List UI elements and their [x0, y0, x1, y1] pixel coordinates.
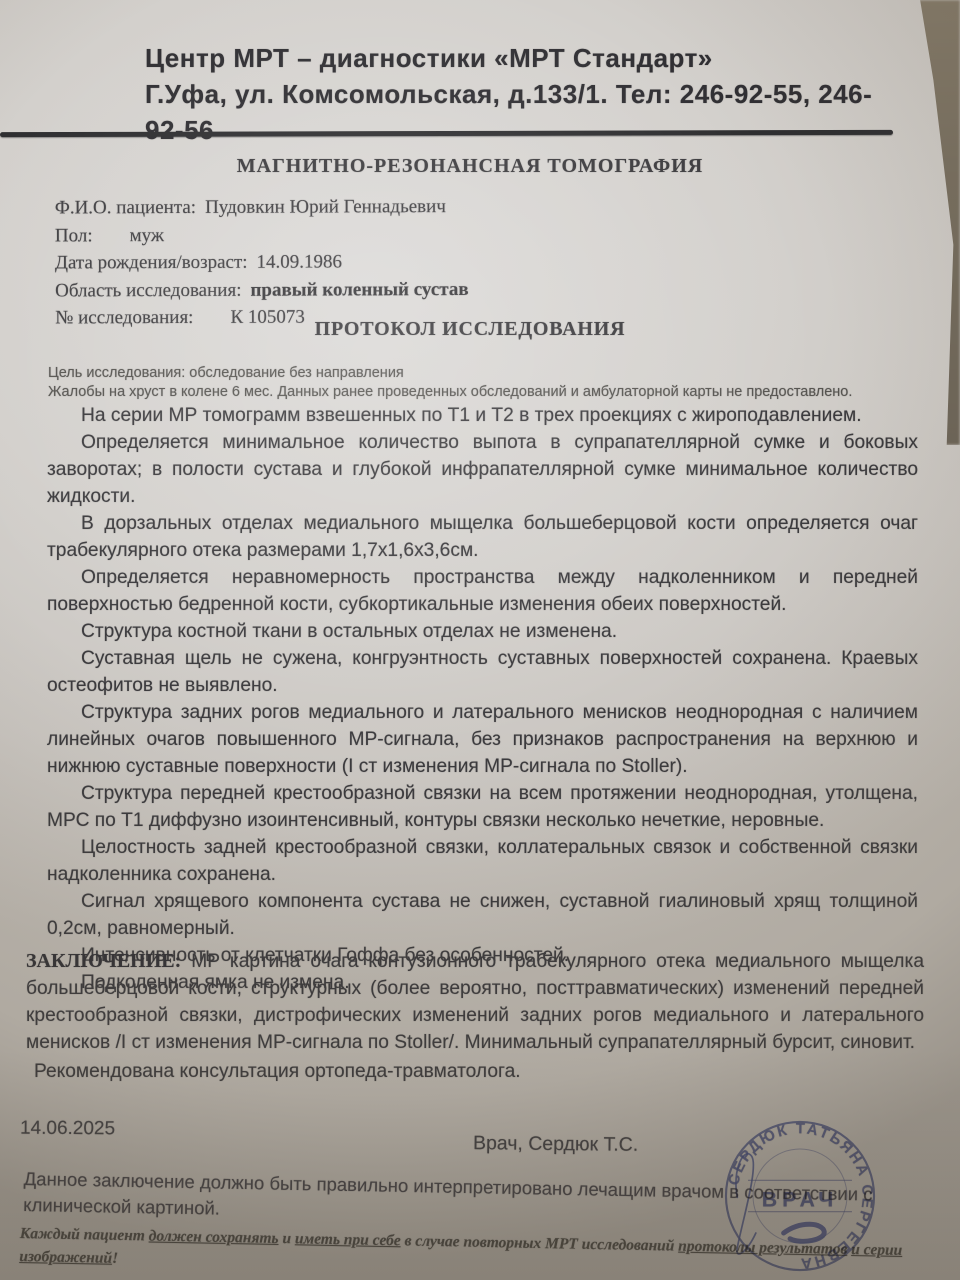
patient-dob-row: Дата рождения/возраст:14.09.1986	[55, 247, 875, 277]
patient-sex-label: Пол:	[55, 225, 93, 246]
patient-area-label: Область исследования:	[55, 279, 241, 301]
notice-underlined: должен сохранять	[149, 1227, 279, 1246]
protocol-paragraph: Структура передней крестообразной связки…	[47, 780, 918, 834]
notice-text: Каждый пациент	[20, 1225, 149, 1244]
doctor-stamp: СЕРДЮК ТАТЬЯНА СЕРГЕЕВНА ВРАЧ	[682, 1112, 918, 1280]
notice-underlined: иметь при себе	[295, 1230, 401, 1249]
stamp-signature-flourish	[784, 1224, 825, 1241]
notice-text: и	[278, 1230, 295, 1247]
clinic-address-line1: Г.Уфа, ул. Комсомольская, д.133/1. Тел: …	[145, 76, 915, 112]
study-complaints: Жалобы на хруст в колене 6 мес. Данных р…	[48, 383, 928, 402]
notice-text: !	[112, 1250, 118, 1267]
recommendation-line: Рекомендована консультация ортопеда-трав…	[34, 1058, 924, 1085]
notice-text: в случае повторных МРТ исследований	[401, 1232, 679, 1254]
study-notes: Цель исследования: обследование без напр…	[48, 364, 928, 402]
document-title: МАГНИТНО-РЕЗОНАНСНАЯ ТОМОГРАФИЯ	[0, 155, 940, 178]
patient-dob-value: 14.09.1986	[256, 251, 342, 272]
report-date: 14.06.2025	[20, 1118, 115, 1141]
patient-area-value: правый коленный сустав	[250, 278, 468, 300]
patient-info: Ф.И.О. пациента:Пудовкин Юрий Геннадьеви…	[55, 192, 875, 332]
patient-dob-label: Дата рождения/возраст:	[55, 252, 248, 274]
protocol-paragraph: Структура костной ткани в остальных отде…	[47, 618, 918, 645]
document-photo: Центр МРТ – диагностики «МРТ Стандарт» Г…	[0, 0, 960, 1280]
protocol-paragraph: Сигнал хрящевого компонента сустава не с…	[47, 888, 918, 942]
protocol-paragraph: Определяется минимальное количество выпо…	[47, 429, 918, 510]
protocol-paragraph: В дорзальных отделах медиального мыщелка…	[47, 510, 918, 564]
patient-fio-row: Ф.И.О. пациента:Пудовкин Юрий Геннадьеви…	[55, 192, 875, 222]
patient-area-row: Область исследования:правый коленный сус…	[55, 274, 875, 304]
protocol-paragraph: Целостность задней крестообразной связки…	[47, 834, 918, 888]
protocol-paragraph: Структура задних рогов медиального и лат…	[47, 699, 918, 780]
patient-fio-value: Пудовкин Юрий Геннадьевич	[205, 196, 446, 218]
protocol-paragraph: Определяется неравномерность пространств…	[47, 564, 918, 618]
doctor-name: Врач, Сердюк Т.С.	[473, 1132, 638, 1157]
stamp-center-text: ВРАЧ	[762, 1188, 839, 1212]
protocol-paragraph: На серии МР томограмм взвешенных по Т1 и…	[47, 402, 918, 429]
protocol-body: На серии МР томограмм взвешенных по Т1 и…	[47, 402, 918, 996]
paper-sheet: Центр МРТ – диагностики «МРТ Стандарт» Г…	[0, 0, 960, 1280]
protocol-paragraph: Суставная щель не сужена, конгруэнтность…	[47, 645, 918, 699]
conclusion-section: ЗАКЛЮЧЕНИЕ: МР картина очага контузионно…	[26, 948, 924, 1085]
conclusion-paragraph: ЗАКЛЮЧЕНИЕ: МР картина очага контузионно…	[26, 948, 924, 1056]
conclusion-label: ЗАКЛЮЧЕНИЕ:	[26, 950, 181, 972]
protocol-title: ПРОТОКОЛ ИССЛЕДОВАНИЯ	[0, 318, 940, 341]
patient-sex-value: муж	[130, 225, 164, 246]
patient-fio-label: Ф.И.О. пациента:	[55, 197, 196, 218]
clinic-name: Центр МРТ – диагностики «МРТ Стандарт»	[145, 40, 915, 76]
study-purpose: Цель исследования: обследование без напр…	[48, 364, 928, 383]
patient-sex-row: Пол:муж	[55, 219, 875, 249]
